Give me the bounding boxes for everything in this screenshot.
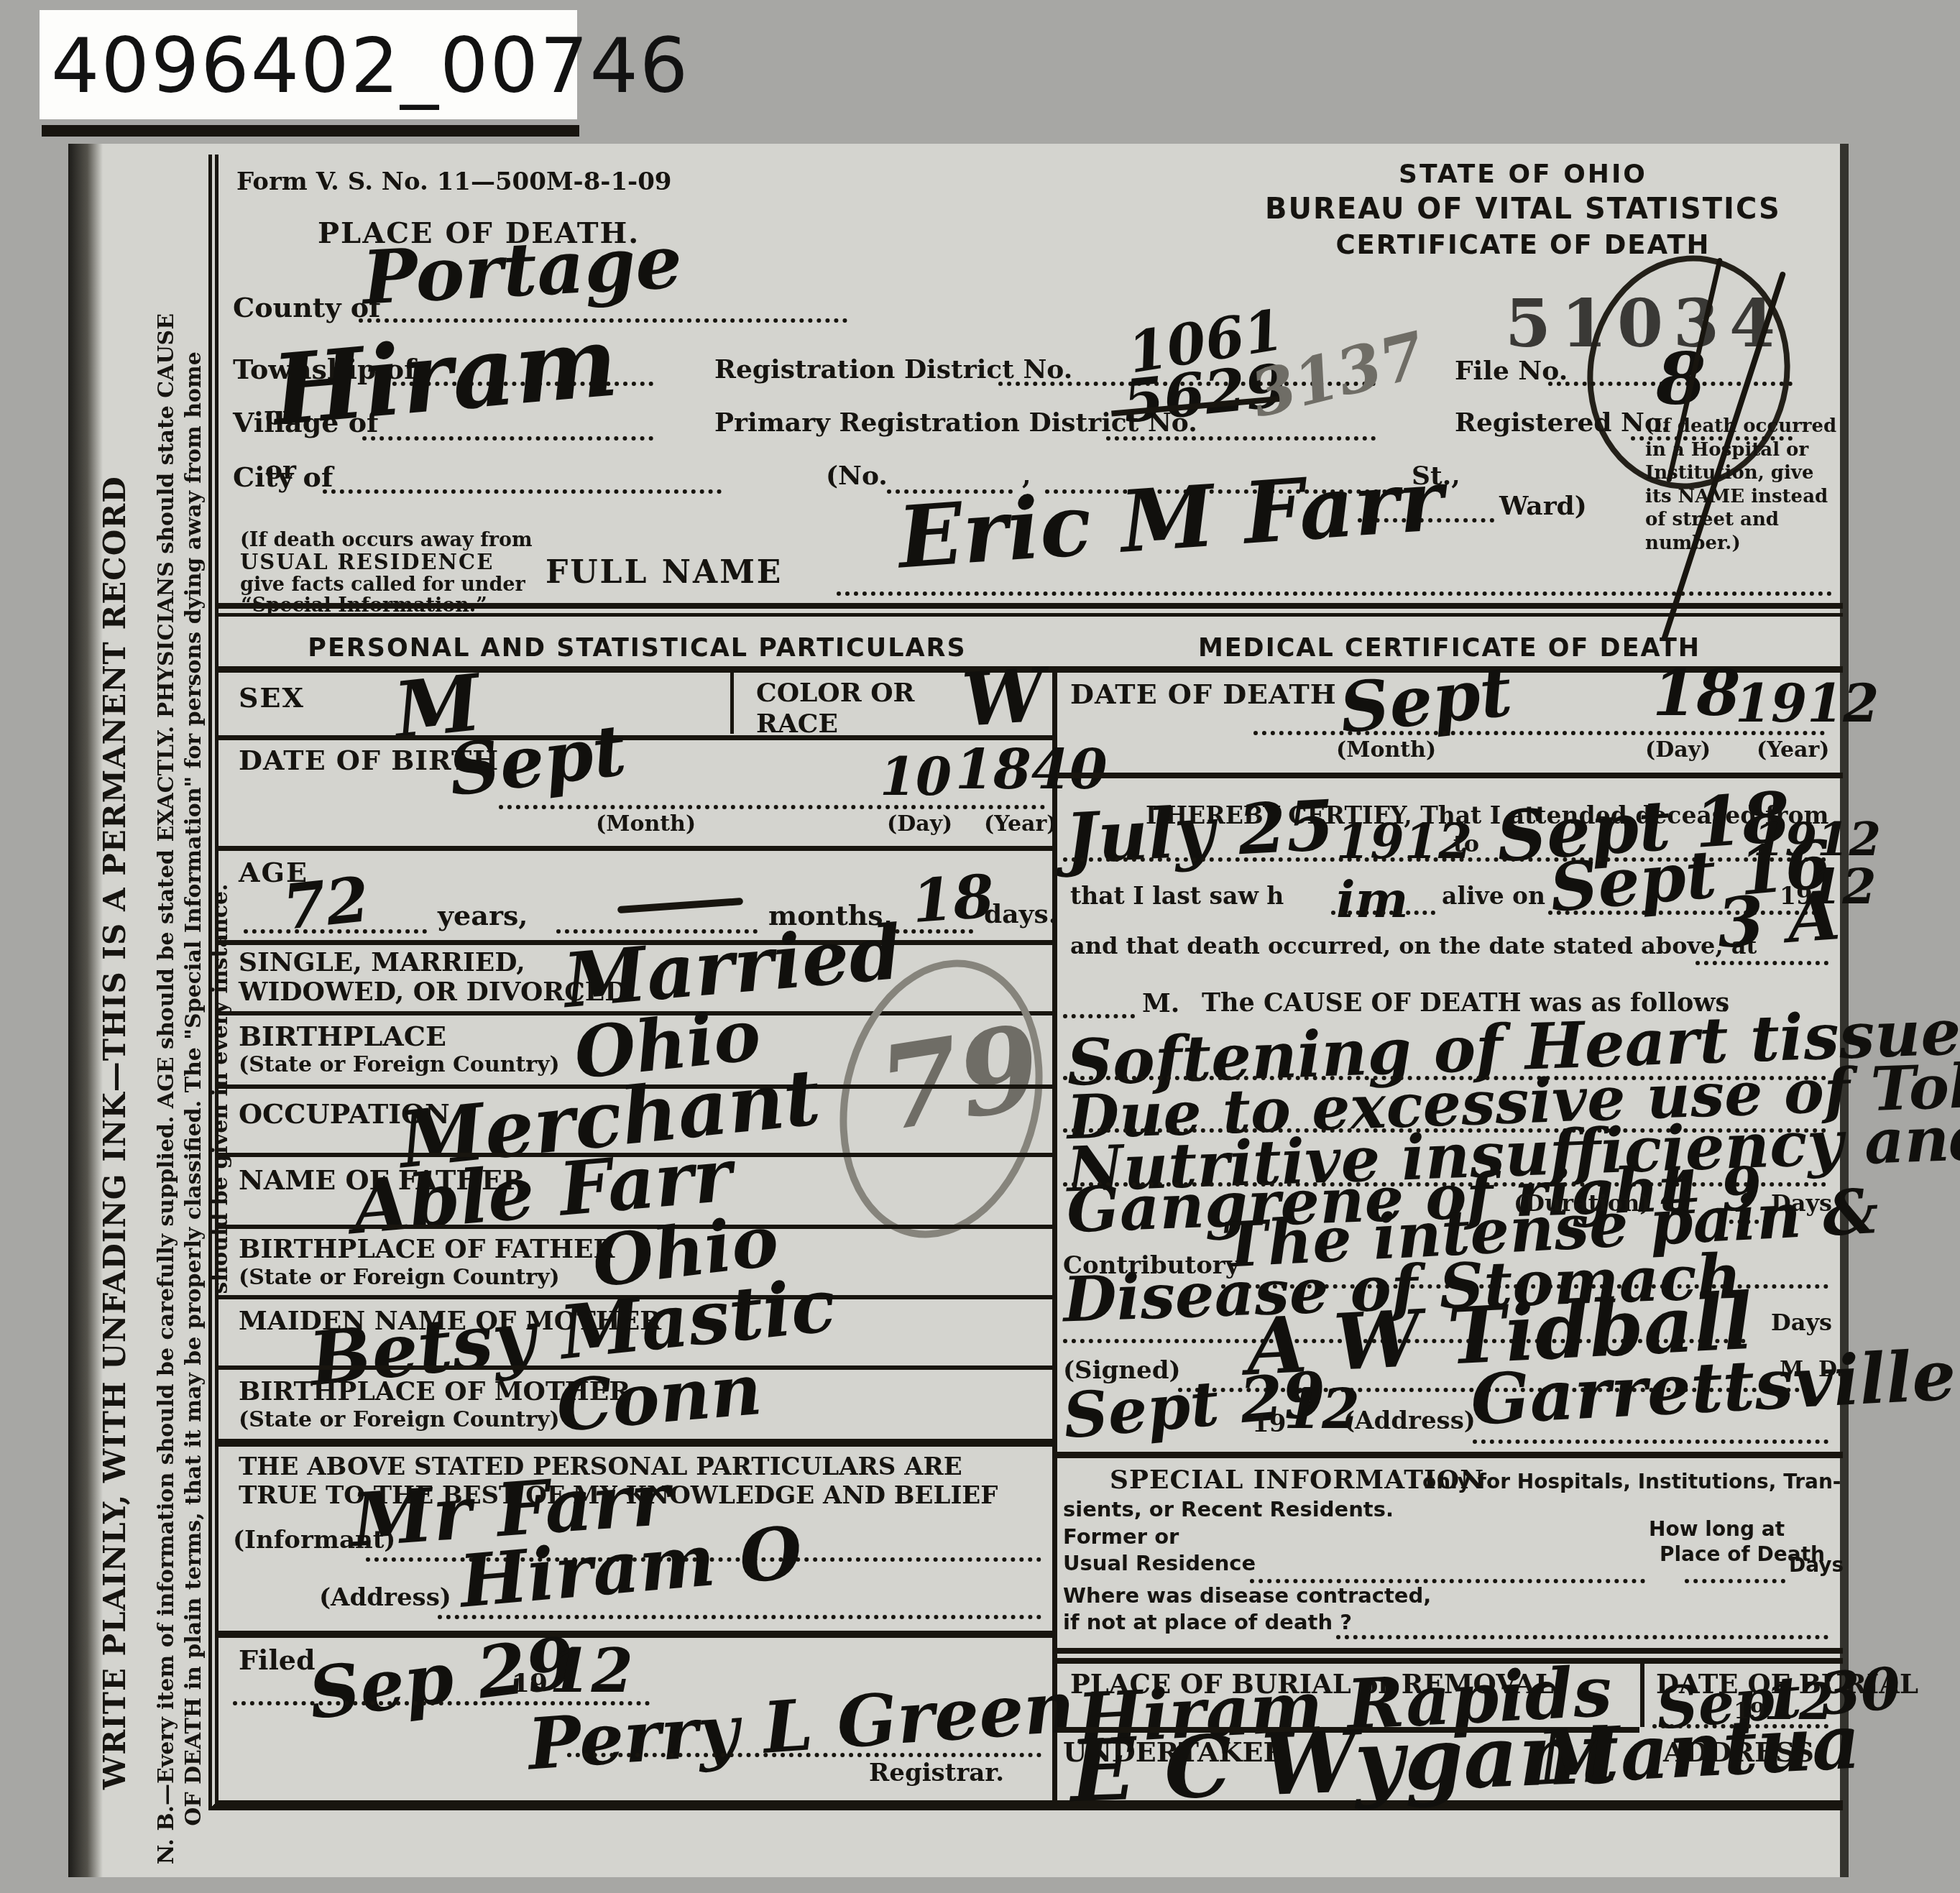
last-saw-him: im [1336, 875, 1409, 925]
how-long-label-1: How long at [1649, 1519, 1785, 1541]
dob-month-value: Sept [445, 715, 630, 806]
dotted-line [1253, 731, 1825, 735]
certificate-form: Form V. S. No. 11—500M-8-1-09 STATE OF O… [208, 155, 1843, 1810]
dotted-line [323, 489, 722, 494]
contributory-days-label: Days [1771, 1310, 1832, 1335]
filed-label: Filed [239, 1645, 316, 1675]
rule [218, 846, 1056, 851]
bureau-line: BUREAU OF VITAL STATISTICS [1225, 193, 1821, 225]
pencil-annotation-79: 79 [872, 1009, 1048, 1148]
former-label-2: Usual Residence [1063, 1552, 1256, 1575]
personal-section-title: PERSONAL AND STATISTICAL PARTICULARS [218, 635, 1056, 663]
signed-year-printed: 19 [1252, 1411, 1286, 1437]
color-race-value: W [960, 658, 1047, 737]
birthplace-label: BIRTHPLACE [239, 1021, 446, 1051]
rule [1057, 1648, 1843, 1654]
state-line: STATE OF OHIO [1225, 160, 1821, 189]
registrar-label: Registrar. [869, 1760, 1004, 1787]
registration-district-label: Registration District No. [714, 356, 1072, 384]
hospital-note: (If death occurred in a Hospital or Inst… [1645, 415, 1838, 555]
date-of-death-label: DATE OF DEATH [1070, 679, 1337, 709]
year-caption: (Year) [984, 812, 1057, 836]
dotted-line [1685, 1579, 1785, 1583]
mother-birthplace-sub: (State or Foreign Country) [239, 1408, 560, 1432]
undertaker-address-value: Mantua [1536, 1704, 1862, 1795]
full-name-label: FULL NAME [546, 556, 783, 590]
day-caption: (Day) [887, 812, 952, 836]
father-birthplace-sub: (State or Foreign Country) [239, 1266, 560, 1289]
contracted-label-1: Where was disease contracted, [1063, 1585, 1431, 1608]
dotted-line [244, 929, 427, 934]
m-label: M. [1142, 990, 1179, 1018]
special-info-rest2: sients, or Recent Residents. [1063, 1498, 1394, 1521]
rule [218, 735, 1056, 740]
day-caption: (Day) [1645, 738, 1711, 762]
dod-day-value: 18 [1652, 661, 1740, 724]
month-caption: (Month) [596, 812, 696, 836]
rule [218, 603, 1843, 609]
mini-divider [730, 672, 734, 734]
death-time-value: 3 A [1715, 882, 1842, 958]
scan-id-underline [42, 125, 579, 137]
last-saw-label: that I last saw h [1070, 883, 1284, 909]
age-days-label: days. [984, 901, 1057, 929]
former-label-1: Former or [1063, 1526, 1179, 1549]
age-days-value: 18 [910, 867, 996, 931]
father-birthplace-label: BIRTHPLACE OF FATHER [239, 1235, 615, 1264]
informant-address-label: (Address) [319, 1585, 451, 1611]
alive-on-label: alive on [1442, 883, 1545, 909]
dotted-line [1106, 436, 1376, 441]
how-long-days-label: Days [1789, 1555, 1844, 1577]
scanned-document-page: 4096402_00746 WRITE PLAINLY, WITH UNFADI… [0, 0, 1960, 1893]
dotted-line [567, 1753, 1041, 1757]
ward-label: Ward) [1499, 492, 1587, 521]
filed-year-printed: 19 [512, 1669, 548, 1698]
county-value: Portage [361, 225, 684, 315]
registered-no-label: Registered No. [1455, 409, 1670, 438]
state-header: STATE OF OHIO BUREAU OF VITAL STATISTICS… [1225, 160, 1821, 259]
special-info-rest: only for Hospitals, Institutions, Tran- [1422, 1471, 1841, 1493]
year-caption: (Year) [1757, 738, 1830, 762]
dotted-line [837, 591, 1832, 596]
dod-year-value: 1912 [1735, 678, 1879, 729]
sex-label: SEX [239, 683, 305, 713]
residence-note-line: USUAL RESIDENCE [240, 551, 488, 574]
dotted-line [1331, 911, 1435, 915]
dotted-line [1473, 1440, 1828, 1444]
certificate-sheet: WRITE PLAINLY, WITH UNFADING INK—THIS IS… [68, 144, 1849, 1877]
dotted-line [1063, 1014, 1135, 1018]
signed-address-label: (Address) [1343, 1408, 1476, 1434]
dotted-line [499, 805, 1045, 809]
birthplace-sub-label: (State or Foreign Country) [239, 1053, 560, 1077]
dob-year-value: 1840 [955, 742, 1108, 797]
to-label: to [1453, 832, 1479, 857]
contracted-label-2: if not at place of death ? [1063, 1611, 1352, 1634]
color-race-label: COLOR OR RACE [756, 678, 950, 740]
scan-id-text: 4096402_00746 [51, 22, 689, 110]
filed-year-value: 12 [549, 1641, 633, 1701]
age-months-dash [617, 898, 743, 913]
death-occurred-label: and that death occurred, on the date sta… [1070, 934, 1757, 959]
rule [218, 1631, 1056, 1638]
village-value: Hiram [269, 312, 621, 438]
city-label: City of [233, 462, 333, 492]
residence-note-line: give facts called for under [240, 574, 488, 596]
dob-day-value: 10 [880, 751, 952, 803]
rule [1057, 773, 1843, 778]
mother-birthplace-value: Conn [553, 1355, 764, 1443]
scan-id-label-box: 4096402_00746 [40, 10, 577, 119]
certificate-line: CERTIFICATE OF DEATH [1225, 231, 1821, 260]
marital-label-line1: SINGLE, MARRIED, [239, 949, 525, 977]
margin-note-write-plainly: WRITE PLAINLY, WITH UNFADING INK—THIS IS… [98, 476, 132, 1790]
rule [218, 1439, 1056, 1447]
full-name-value: Eric M Farr [896, 458, 1446, 581]
form-number: Form V. S. No. 11—500M-8-1-09 [236, 169, 672, 195]
month-caption: (Month) [1336, 738, 1436, 762]
rule [218, 613, 1843, 617]
street-no-label: (No. [826, 462, 888, 491]
residence-note-line: (If death occurs away from [240, 530, 488, 551]
rule [1057, 1452, 1843, 1458]
dotted-line [1696, 961, 1828, 965]
age-years-label: years, [438, 901, 528, 931]
dotted-line [362, 436, 653, 441]
dotted-line [1336, 1635, 1828, 1639]
